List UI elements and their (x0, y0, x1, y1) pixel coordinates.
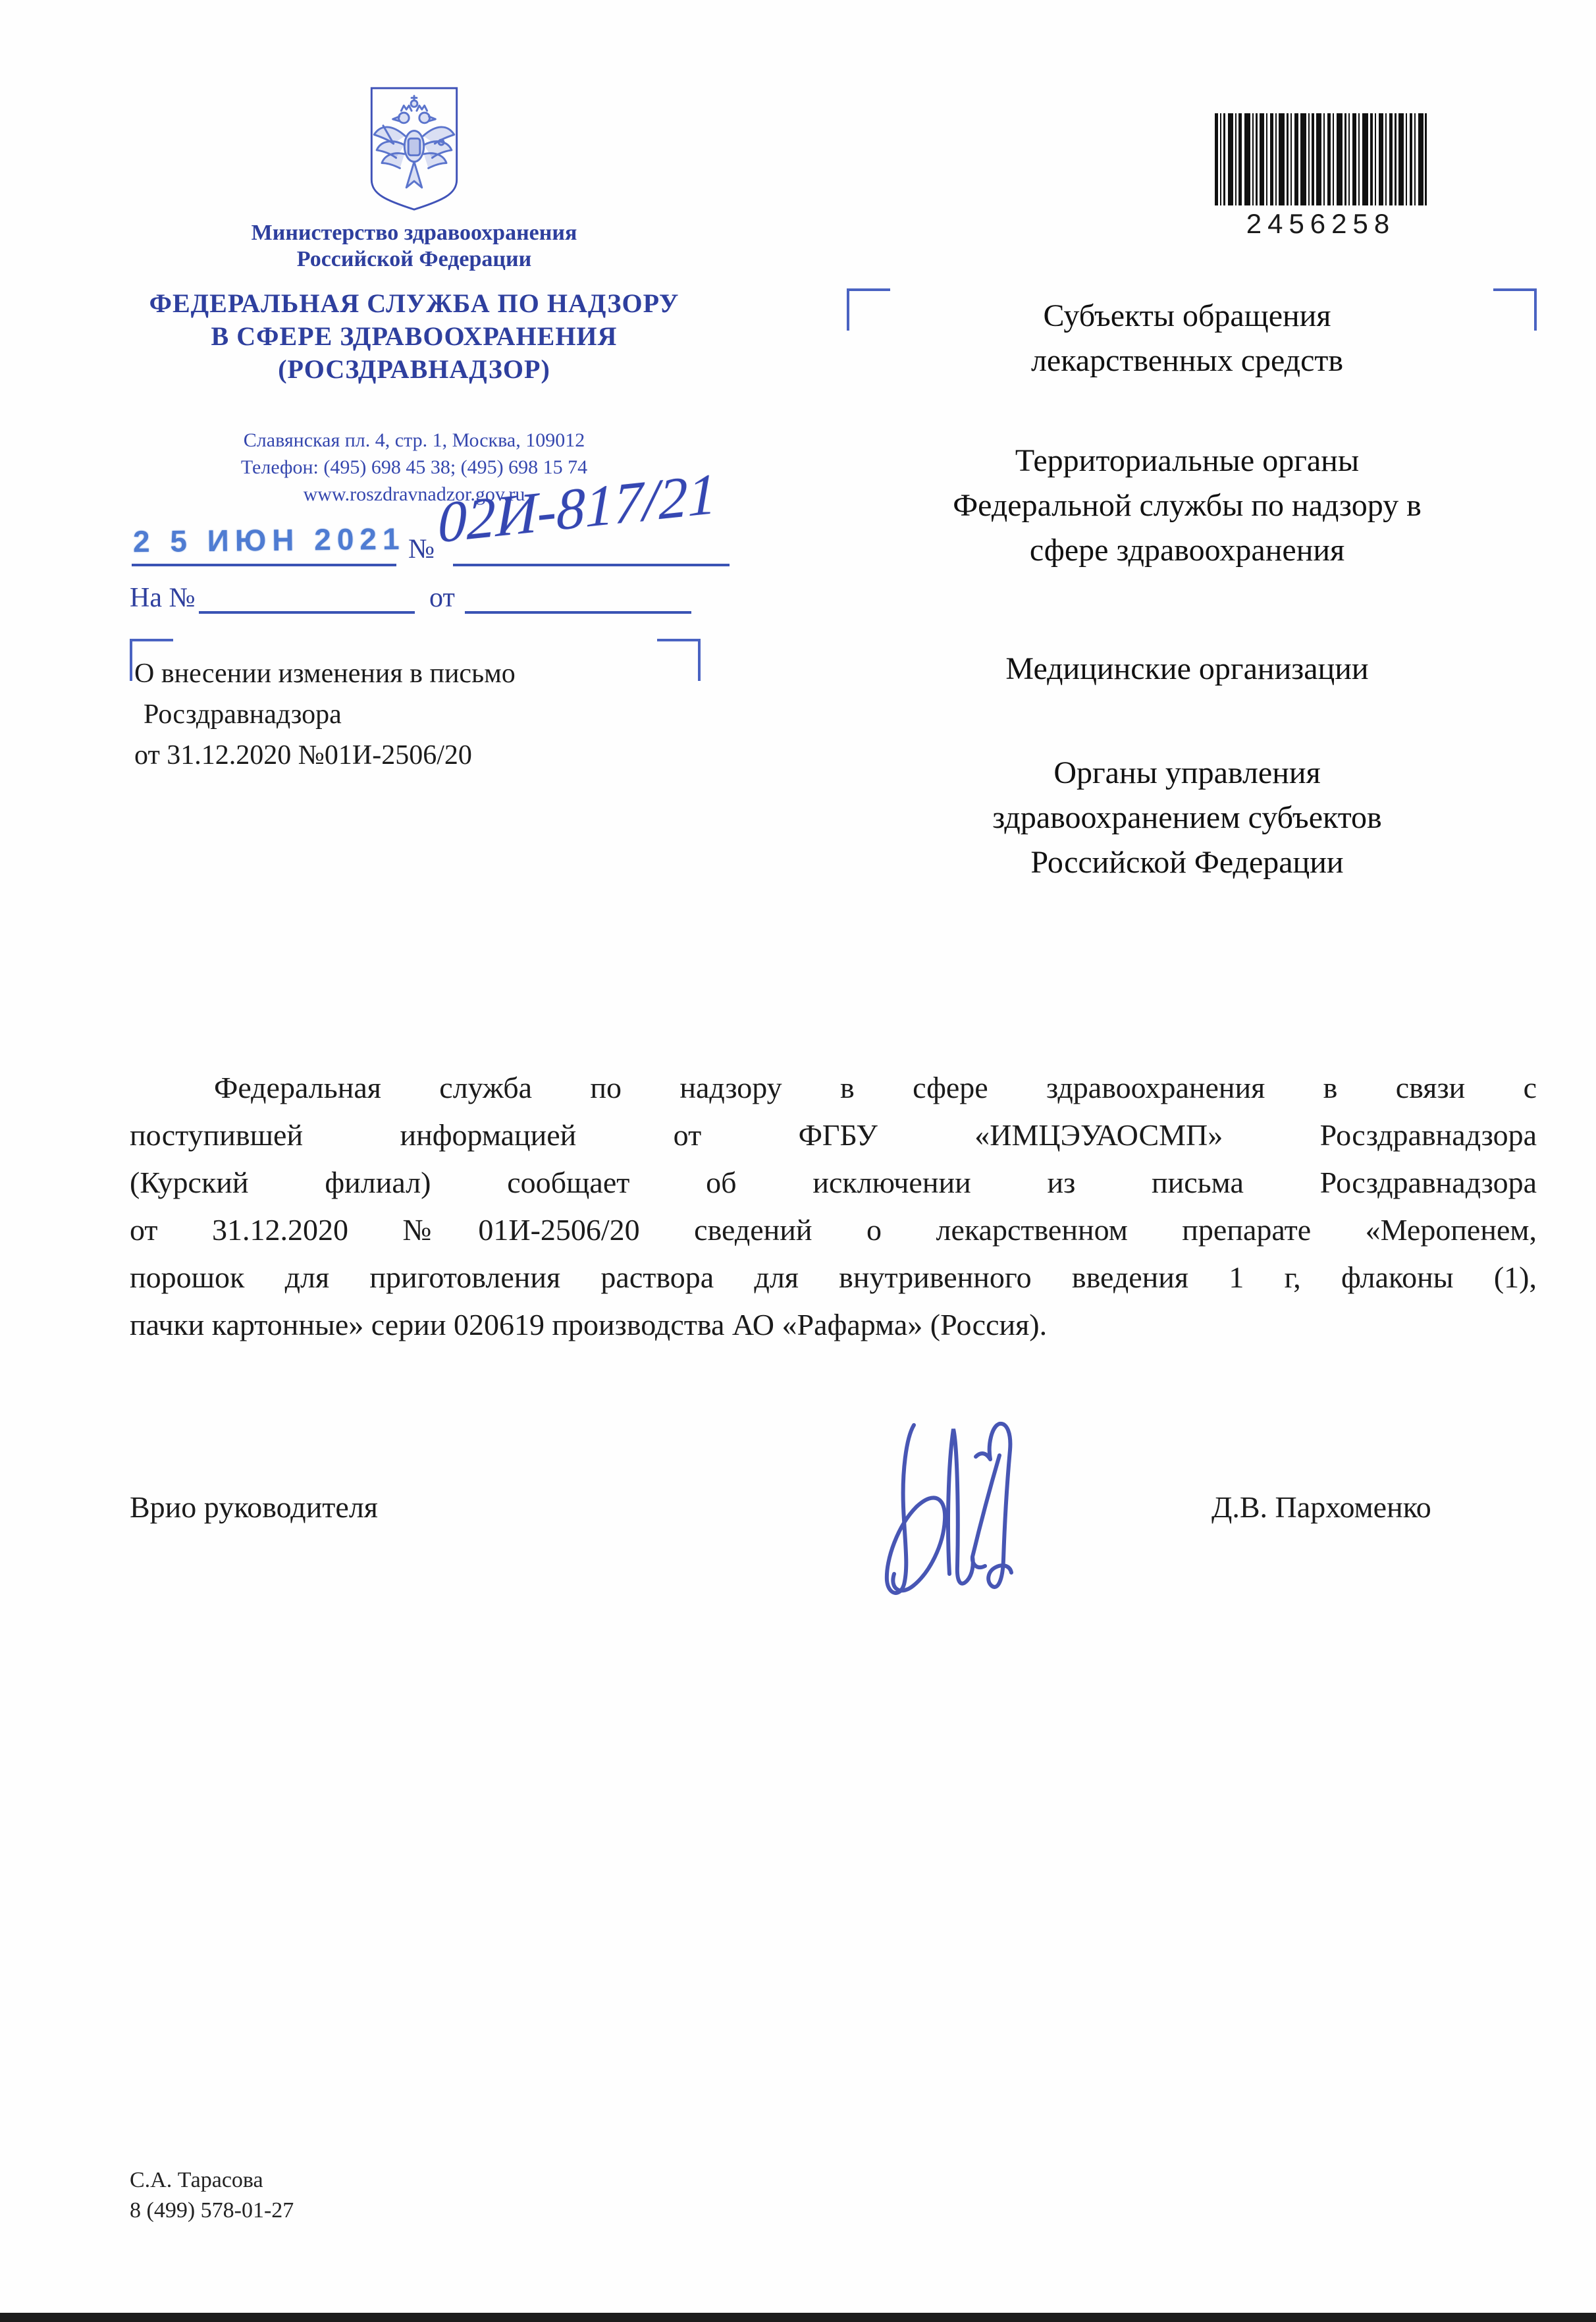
recipient-line: Субъекты обращения (835, 294, 1539, 338)
number-underline (453, 564, 730, 566)
recipients-list: Субъекты обращениялекарственных средствТ… (835, 294, 1539, 885)
subject-line1: О внесении изменения в письмо (134, 653, 687, 694)
recipient-line: Российской Федерации (835, 840, 1539, 885)
executor-name: С.А. Тарасова (130, 2165, 294, 2196)
service-line1: ФЕДЕРАЛЬНАЯ СЛУЖБА ПО НАДЗОРУ (125, 287, 703, 320)
subject-line2: Росздравнадзора (144, 694, 687, 735)
body-line: поступившей информацией от ФГБУ «ИМЦЭУАО… (130, 1112, 1537, 1159)
reply-date-label: от (429, 582, 455, 614)
service-line3: (РОСЗДРАВНАДЗОР) (125, 353, 703, 386)
ministry-line2: Российской Федерации (125, 246, 703, 273)
body-line: (Курский филиал) сообщает об исключении … (130, 1159, 1537, 1206)
letterhead: Министерство здравоохранения Российской … (125, 84, 703, 508)
outgoing-number-label: № (408, 533, 435, 565)
recipient-line: лекарственных средств (835, 338, 1539, 383)
signature-autograph (868, 1416, 1026, 1607)
service-line2: В СФЕРЕ ЗДРАВООХРАНЕНИЯ (125, 320, 703, 353)
recipient-line: Медицинские организации (835, 647, 1539, 691)
scan-edge-artifact (0, 2313, 1596, 2322)
body-line: пачки картонные» серии 020619 производст… (130, 1301, 1537, 1349)
executor-phone: 8 (499) 578-01-27 (130, 2196, 294, 2226)
service-name: ФЕДЕРАЛЬНАЯ СЛУЖБА ПО НАДЗОРУ В СФЕРЕ ЗД… (125, 287, 703, 386)
scanned-letter-page: Министерство здравоохранения Российской … (0, 0, 1596, 2322)
body-paragraph: Федеральная служба по надзору в сфере зд… (130, 1064, 1537, 1349)
recipient-line: здравоохранением субъектов (835, 796, 1539, 840)
signer-position: Врио руководителя (130, 1490, 378, 1525)
reply-date-underline (465, 611, 691, 614)
reply-number-label: На № (130, 582, 196, 614)
barcode-bars-icon (1215, 113, 1427, 205)
body-line: порошок для приготовления раствора для в… (130, 1254, 1537, 1301)
subject: О внесении изменения в письмо Росздравна… (134, 653, 687, 776)
recipient-line: Органы управления (835, 751, 1539, 796)
org-address: Славянская пл. 4, стр. 1, Москва, 109012 (125, 427, 703, 454)
recipient-line: Территориальные органы (835, 439, 1539, 483)
recipient-block: Медицинские организации (835, 647, 1539, 691)
recipient-line: сфере здравоохранения (835, 528, 1539, 573)
subject-line3: от 31.12.2020 №01И-2506/20 (134, 735, 687, 776)
signer-name: Д.В. Пархоменко (1211, 1490, 1431, 1525)
ministry-name: Министерство здравоохранения Российской … (125, 220, 703, 273)
date-stamp: 2 5 ИЮН 2021 (133, 521, 406, 559)
barcode: 2456258 (1215, 113, 1427, 240)
recipient-block: Органы управленияздравоохранением субъек… (835, 751, 1539, 885)
recipient-block: Субъекты обращениялекарственных средств (835, 294, 1539, 383)
body-line: от 31.12.2020 №01И-2506/20 сведений о ле… (130, 1206, 1537, 1254)
executor-block: С.А. Тарасова 8 (499) 578-01-27 (130, 2165, 294, 2226)
recipient-line: Федеральной службы по надзору в (835, 483, 1539, 528)
recipient-block: Территориальные органыФедеральной службы… (835, 439, 1539, 573)
ministry-line1: Министерство здравоохранения (125, 220, 703, 246)
coat-of-arms-icon (361, 84, 467, 213)
barcode-number: 2456258 (1215, 208, 1427, 240)
body-line: Федеральная служба по надзору в сфере зд… (130, 1064, 1537, 1112)
reply-number-underline (199, 611, 415, 614)
date-underline (132, 564, 396, 566)
